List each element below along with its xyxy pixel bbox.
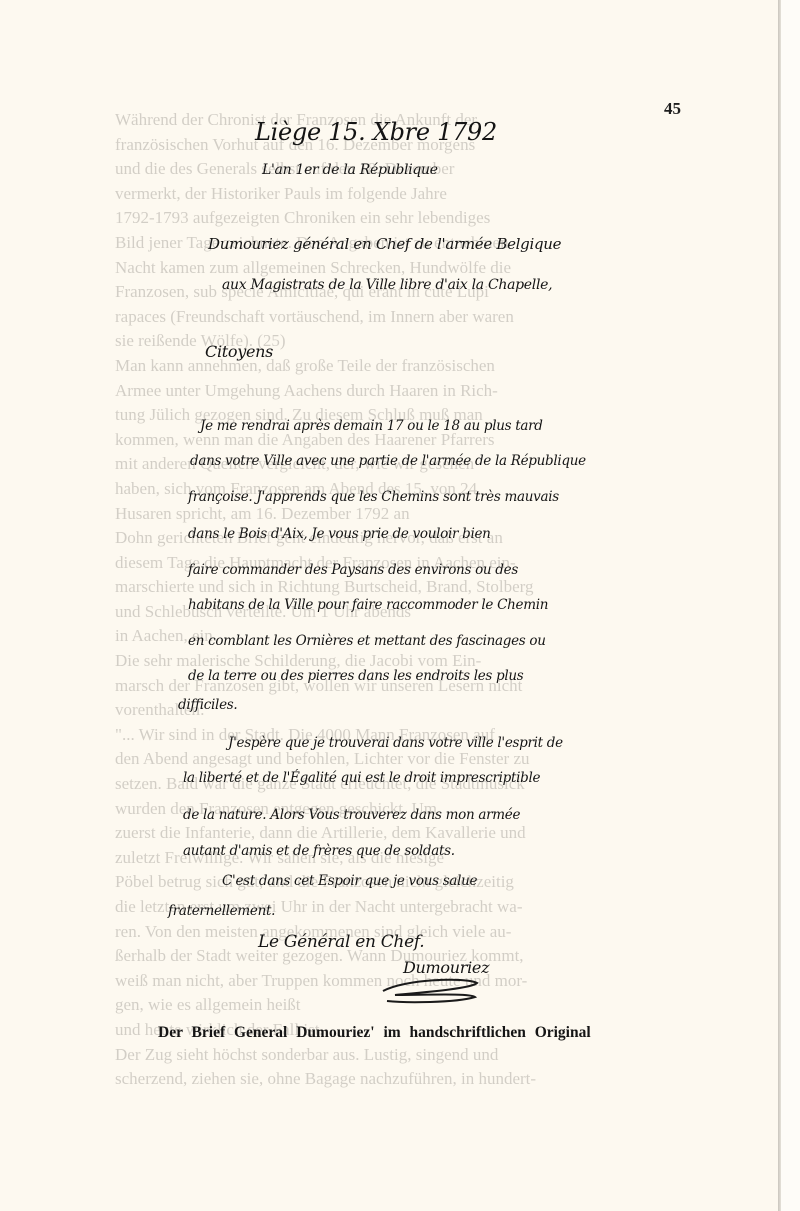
letter-body-line: difficiles. (178, 697, 237, 713)
bleed-line: Armee unter Umgehung Aachens durch Haare… (115, 379, 675, 404)
bleed-line: scherzend, ziehen sie, ohne Bagage nachz… (115, 1067, 675, 1092)
bleed-line: 1792-1793 aufgezeigten Chroniken ein seh… (115, 206, 675, 231)
letter-body-line: autant d'amis et de frères que de soldat… (183, 843, 455, 859)
letter-body-line: en comblant les Ornières et mettant des … (188, 633, 546, 649)
bleed-line: Der Zug sieht höchst sonderbar aus. Lust… (115, 1043, 675, 1068)
letter-body-line: dans le Bois d'Aix, Je vous prie de voul… (188, 526, 491, 542)
figure-caption: Der Brief General Dumouriez' im handschr… (158, 1024, 591, 1042)
letter-sender-line: Dumouriez général en Chef de l'armée Bel… (208, 235, 561, 253)
letter-body-line: la liberté et de l'Égalité qui est le dr… (183, 770, 540, 786)
letter-body-line: faire commander des Paysans des environs… (188, 562, 518, 578)
bleed-line: Husaren spricht, am 16. Dezember 1792 an (115, 502, 675, 527)
bleed-line: sie reißende Wölfe). (25) (115, 329, 675, 354)
letter-closing: Le Général en Chef. (258, 932, 424, 952)
letter-recipient-line: aux Magistrats de la Ville libre d'aix l… (222, 277, 552, 293)
letter-body-line: C'est dans cet Espoir que je vous salue (222, 873, 477, 889)
letter-body-line: habitans de la Ville pour faire raccommo… (188, 597, 548, 613)
bleed-line: Man kann annehmen, daß große Teile der f… (115, 354, 675, 379)
letter-body-line: dans votre Ville avec une partie de l'ar… (190, 453, 586, 469)
letter-body-line: Je me rendrai après demain 17 ou le 18 a… (200, 418, 543, 434)
letter-body-line: J'espère que je trouverai dans votre vil… (228, 735, 563, 751)
letter-dateline: Liège 15. Xbre 1792 (255, 118, 497, 146)
scan-margin (781, 0, 800, 1211)
page-number: 45 (664, 99, 681, 119)
letter-salutation: Citoyens (205, 342, 273, 361)
letter-body-line: fraternellement. (168, 903, 275, 919)
letter-body-line: de la terre ou des pierres dans les endr… (188, 668, 523, 684)
letter-body-line: françoise. J'apprends que les Chemins so… (188, 489, 559, 505)
bleed-line: den Abend angesagt und befohlen, Lichter… (115, 747, 675, 772)
signature-flourish-icon (375, 975, 485, 1005)
bleed-line: vermerkt, der Historiker Pauls im folgen… (115, 182, 675, 207)
letter-body-line: de la nature. Alors Vous trouverez dans … (183, 807, 520, 823)
letter-era-line: L'an 1er de la République (262, 162, 438, 178)
bleed-line: rapaces (Freundschaft vortäuschend, im I… (115, 305, 675, 330)
